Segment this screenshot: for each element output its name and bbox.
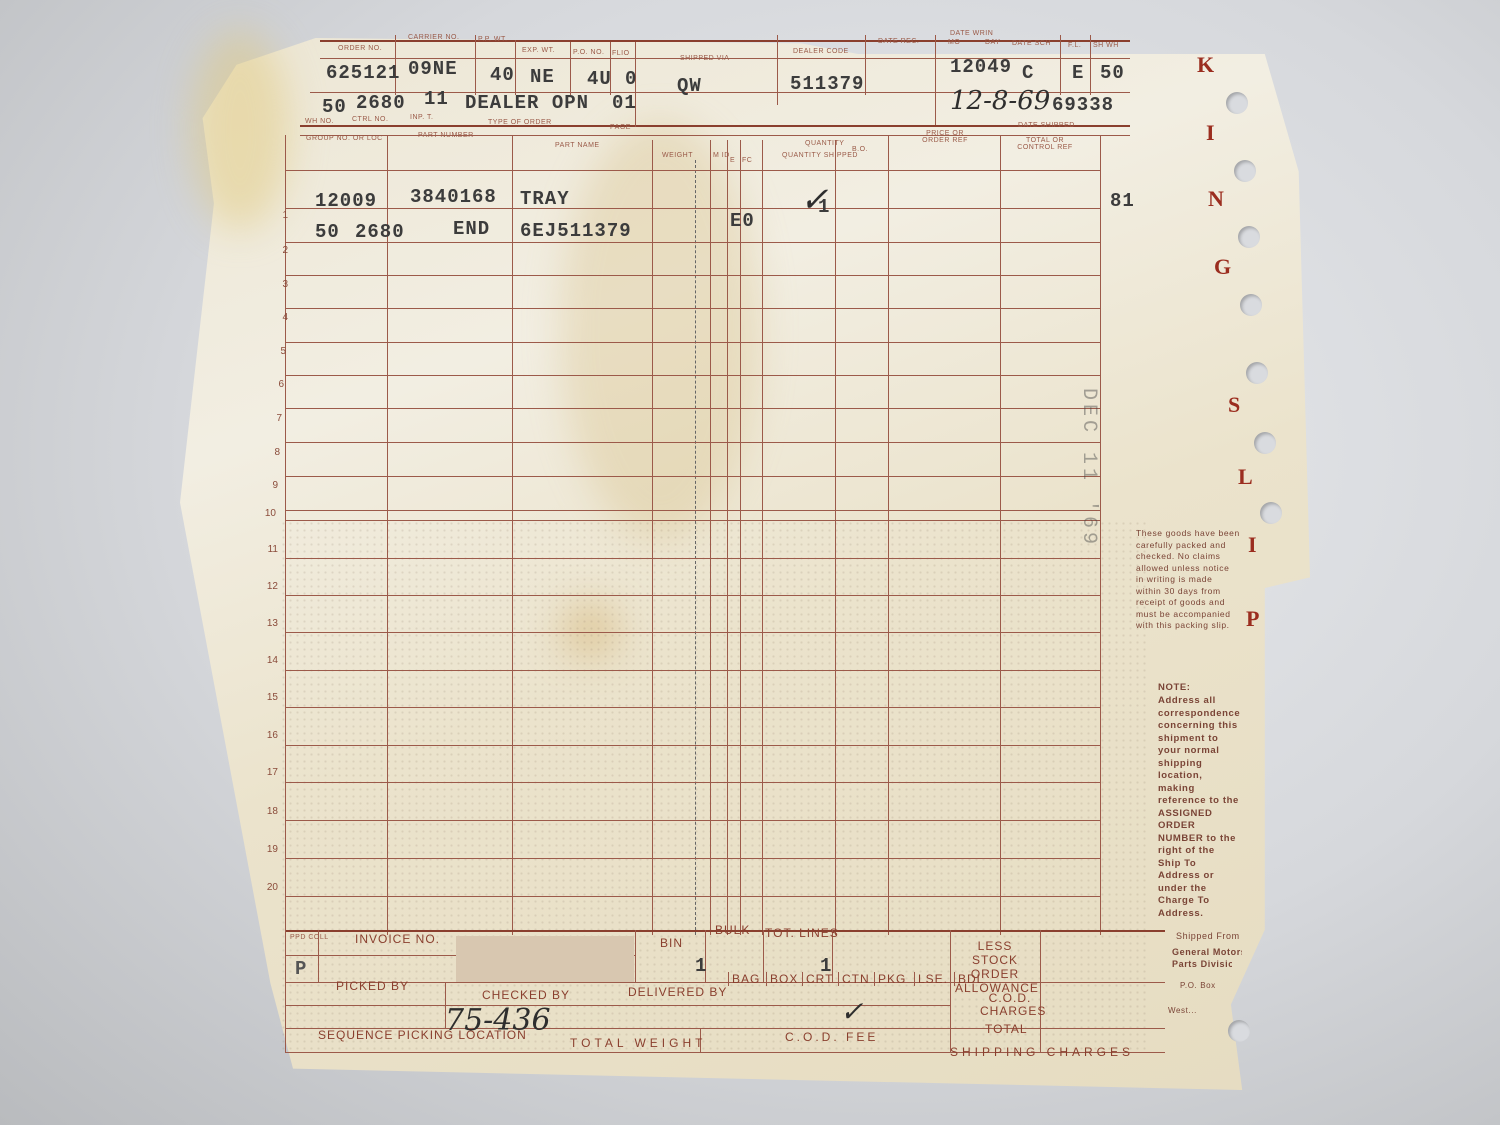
row-number: 14	[258, 655, 278, 666]
row-number: 9	[258, 480, 278, 491]
table-row-line	[285, 408, 1100, 409]
table-row-line	[285, 595, 1100, 596]
delivered-by-label: DELIVERED BY	[628, 985, 727, 999]
pp-wt-label: P.P. WT.	[478, 36, 507, 43]
type-of-order-value: DEALER OPN	[465, 92, 589, 114]
pack-type-pkg[interactable]: PKG	[874, 972, 914, 986]
table-row-line	[285, 820, 1100, 821]
goods-notice-text: These goods have been carefully packed a…	[1136, 528, 1240, 632]
day-label: DAY	[985, 39, 1000, 46]
table-row-line	[285, 208, 1100, 209]
company-line2: Parts Division	[1172, 958, 1232, 971]
checked-by-label: CHECKED BY	[482, 988, 570, 1002]
date-sch-value: C	[1022, 62, 1034, 84]
table-row-line	[285, 476, 1100, 477]
bin-value: 1	[695, 955, 707, 977]
shipped-from-label: Shipped From	[1176, 930, 1240, 943]
header-divider	[865, 35, 866, 95]
col-fc: FC	[742, 157, 752, 164]
inp-t-label: INP. T.	[410, 114, 433, 121]
table-col-divider	[387, 135, 388, 935]
note-title: NOTE:	[1158, 682, 1191, 695]
ctrl-no-label: CTRL NO.	[352, 116, 388, 123]
exp-wt-label: EXP. WT.	[522, 47, 555, 54]
row-number: 1	[268, 210, 288, 221]
footer-divider	[285, 930, 286, 1052]
torn-corner-stain	[190, 30, 290, 230]
row-number: 5	[266, 346, 286, 357]
flio-value: 0	[625, 68, 637, 90]
sh-wh-label: SH WH	[1093, 42, 1119, 49]
ppd-coll-value: P	[295, 958, 307, 980]
row-number: 17	[258, 767, 278, 778]
table-row-line	[285, 632, 1100, 633]
row2-part-number: 2680	[355, 221, 405, 243]
date-sch-label: DATE SCH	[1012, 40, 1051, 47]
carrier-no-value: 09NE	[408, 58, 458, 80]
row-number: 16	[258, 730, 278, 741]
row-number: 13	[258, 618, 278, 629]
bin-label: BIN	[660, 936, 683, 950]
table-row-line	[285, 342, 1100, 343]
brand-letter: K	[1197, 52, 1214, 78]
order-no-label: ORDER NO.	[338, 45, 382, 52]
bulk-label: BULK	[715, 923, 750, 937]
date-stamp: DEC 11 '69	[1077, 388, 1100, 548]
pack-type-box[interactable]: BOX	[766, 972, 802, 986]
less-stock-label: LESS STOCK ORDER ALLOWANCE	[955, 939, 1035, 995]
date-shipped-label: DATE SHIPPED	[1018, 122, 1075, 129]
picked-by-label: PICKED BY	[336, 979, 409, 993]
exp-wt-value: NE	[530, 66, 555, 88]
col-shipped: QUANTITY SHIPPED	[782, 152, 858, 159]
row1-checkmark: ✓	[800, 180, 829, 220]
punch-hole	[1240, 294, 1262, 316]
total-weight-label: TOTAL WEIGHT	[570, 1036, 706, 1050]
order-no-value: 625121	[326, 62, 400, 84]
fl-value: E	[1072, 62, 1084, 84]
row1-group: 12009	[315, 190, 377, 212]
pack-checkmark: ✓	[840, 995, 863, 1028]
row1-right-code: 81	[1110, 190, 1135, 212]
shipped-via-label: SHIPPED VIA	[680, 55, 729, 62]
dealer-code-label: DEALER CODE	[793, 48, 849, 55]
col-total: TOTAL OR CONTROL REF	[1010, 137, 1080, 151]
wh-no-label: WH NO.	[305, 118, 334, 125]
brand-letter: I	[1248, 532, 1257, 558]
header-divider	[1060, 35, 1061, 95]
col-bo: B.O.	[852, 146, 868, 153]
pack-type-bag[interactable]: BAG	[728, 972, 766, 986]
table-row-line	[285, 896, 1100, 897]
date-rec-label: DATE REC.	[878, 38, 919, 45]
table-col-divider	[710, 140, 711, 935]
col-price: PRICE OR ORDER REF	[915, 130, 975, 144]
table-row-line	[285, 275, 1100, 276]
page-value: 01	[612, 92, 637, 114]
table-row-line	[285, 558, 1100, 559]
col-weight: WEIGHT	[662, 152, 693, 159]
footer-divider	[635, 930, 636, 982]
date-shipped-code: 69338	[1052, 94, 1114, 116]
table-right-border	[1100, 135, 1101, 935]
inp-t-value: 11	[424, 88, 449, 110]
row-number: 4	[268, 312, 288, 323]
water-stain	[560, 120, 760, 540]
pack-type-ctn[interactable]: CTN	[838, 972, 874, 986]
table-row-line	[285, 670, 1100, 671]
table-row-line	[285, 308, 1100, 309]
invoice-shaded-box	[456, 936, 634, 982]
table-row-line	[285, 707, 1100, 708]
header-divider	[935, 35, 936, 125]
table-row-line	[285, 170, 1100, 171]
table-row-line	[285, 242, 1100, 243]
header-divider	[570, 42, 571, 95]
po-no-value: 4U	[587, 68, 612, 90]
row1-part-number: 3840168	[410, 186, 497, 208]
col-group-no: GROUP NO. OR LOC	[306, 135, 383, 142]
dealer-code-value: 511379	[790, 73, 864, 95]
ppd-coll-label: PPD COLL	[290, 934, 329, 941]
row-number: 3	[268, 279, 288, 290]
pack-types: BAG BOX CRT CTN PKG LSE. BDL	[728, 972, 992, 986]
total-label: TOTAL	[985, 1022, 1028, 1036]
note-body: Address all correspondence concerning th…	[1158, 695, 1240, 920]
date-wrin-label: DATE WRIN	[950, 30, 993, 37]
table-row-line	[285, 375, 1100, 376]
row2-group: 50	[315, 221, 340, 243]
table-col-divider	[652, 140, 653, 935]
brand-letter: P	[1246, 606, 1259, 632]
row-number: 11	[258, 544, 278, 555]
table-col-divider	[762, 140, 763, 935]
pp-wt-value: 40	[490, 64, 515, 86]
date-shipped-handwritten: 12-8-69	[950, 86, 1050, 116]
col-quantity: QUANTITY	[805, 140, 844, 147]
shipped-via-value: QW	[677, 75, 702, 97]
col-part-number: PART NUMBER	[418, 132, 474, 139]
header-divider	[475, 35, 476, 95]
row1-e-code: E0	[730, 210, 755, 232]
type-of-order-label: TYPE OF ORDER	[488, 119, 552, 126]
mo-label: MO	[948, 39, 960, 46]
row-number: 8	[260, 447, 280, 458]
table-col-divider	[727, 140, 728, 935]
punch-hole	[1254, 432, 1276, 454]
table-col-divider	[888, 135, 889, 935]
row-number: 7	[262, 413, 282, 424]
wh-no-value: 50	[322, 96, 347, 118]
table-col-divider	[1000, 135, 1001, 935]
row-number: 6	[264, 379, 284, 390]
po-box: P.O. Box	[1180, 980, 1220, 993]
pack-type-bdl[interactable]: BDL	[954, 972, 992, 986]
table-row-line	[285, 782, 1100, 783]
col-part-name: PART NAME	[555, 142, 600, 149]
sh-wh-value: 50	[1100, 62, 1125, 84]
fl-label: F.L.	[1068, 42, 1081, 49]
row-number: 19	[258, 844, 278, 855]
row-number: 2	[268, 245, 288, 256]
row2-part-name: END	[453, 218, 490, 240]
punch-hole	[1246, 362, 1268, 384]
brand-letter: I	[1206, 120, 1215, 146]
city: West...	[1168, 1005, 1208, 1018]
row-number: 18	[258, 806, 278, 817]
punch-hole	[1238, 226, 1260, 248]
footer-divider	[1040, 930, 1041, 1052]
row2-extra: 6EJ511379	[520, 220, 632, 242]
cod-charges-label: C.O.D. CHARGES	[980, 992, 1040, 1018]
header-rule	[300, 125, 1130, 127]
brand-letter: N	[1208, 186, 1224, 212]
table-row-line	[285, 442, 1100, 443]
date-wrin-value: 12049	[950, 56, 1012, 78]
po-no-label: P.O. NO.	[573, 49, 605, 56]
company-line1: General Motors	[1172, 946, 1242, 959]
invoice-no-label: INVOICE NO.	[355, 932, 440, 946]
pack-type-lse[interactable]: LSE.	[914, 972, 954, 986]
table-col-divider	[512, 135, 513, 935]
tot-lines-label: TOT. LINES	[765, 926, 839, 940]
pack-type-crt[interactable]: CRT	[802, 972, 838, 986]
row-number: 15	[258, 692, 278, 703]
flio-label: FLIO	[612, 50, 630, 57]
carrier-no-label: CARRIER NO.	[408, 34, 459, 41]
row-number: 20	[258, 882, 278, 893]
table-row-line	[285, 858, 1100, 859]
header-divider	[1090, 35, 1091, 95]
sequence-picking-label: SEQUENCE PICKING LOCATION	[318, 1028, 527, 1042]
row-number: 12	[258, 581, 278, 592]
shipping-charges-label: SHIPPING CHARGES	[950, 1045, 1134, 1059]
punch-hole	[1228, 1020, 1250, 1042]
row1-part-name: TRAY	[520, 188, 570, 210]
ctrl-no-value: 2680	[356, 92, 406, 114]
table-row-line	[285, 745, 1100, 746]
brand-letter: S	[1228, 392, 1240, 418]
cod-fee-label: C.O.D. FEE	[785, 1030, 878, 1044]
page-label: PAGE	[610, 124, 631, 131]
col-e: E	[730, 157, 735, 164]
table-col-divider	[740, 140, 741, 935]
table-col-divider	[695, 160, 697, 935]
punch-hole	[1260, 502, 1282, 524]
punch-hole	[1234, 160, 1256, 182]
punch-hole	[1226, 92, 1248, 114]
brand-letter: G	[1214, 254, 1231, 280]
brand-letter: L	[1238, 464, 1253, 490]
table-row-line	[285, 520, 1100, 521]
table-row-line	[285, 510, 1100, 511]
footer-divider	[950, 930, 951, 1052]
header-divider	[777, 35, 778, 105]
row-number: 10	[256, 508, 276, 519]
table-col-divider	[835, 140, 836, 935]
header-divider	[515, 40, 516, 95]
